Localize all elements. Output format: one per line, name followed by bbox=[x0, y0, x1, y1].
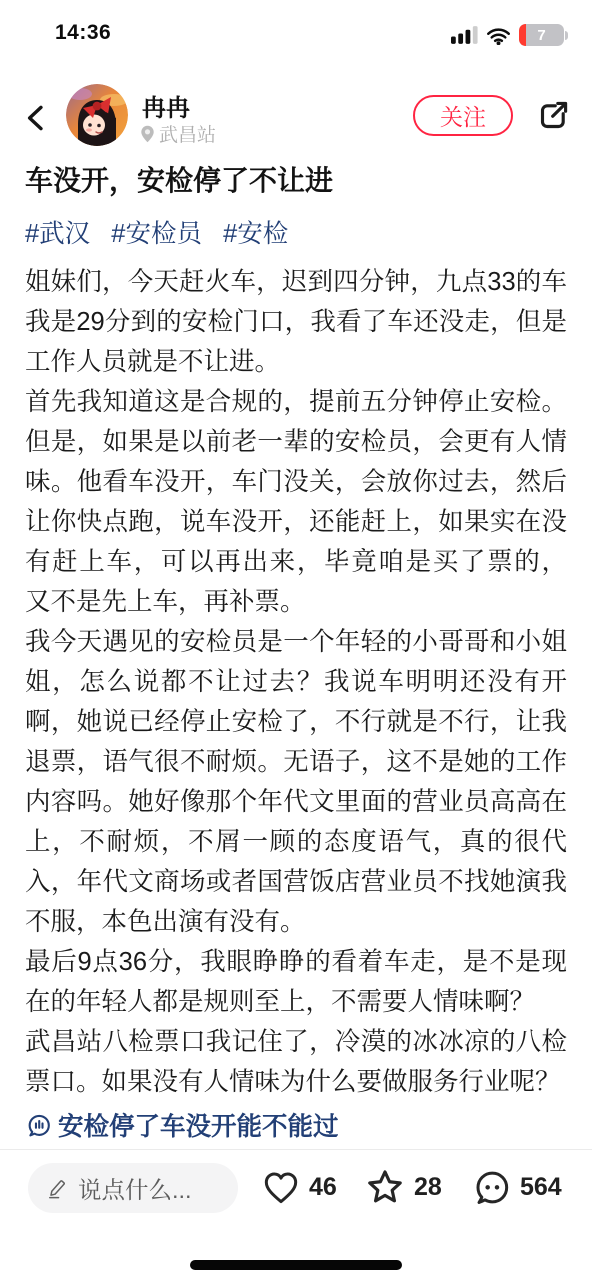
follow-button[interactable]: 关注 bbox=[413, 95, 513, 136]
topic-link-label: 安检停了车没开能不能过 bbox=[58, 1107, 339, 1143]
hashtag-wuhan[interactable]: #武汉 bbox=[25, 220, 90, 248]
paragraph: 最后9点36分，我眼睁睁的看着车走，是不是现在的年轻人都是规则至上，不需要人情味… bbox=[25, 942, 567, 1022]
location-label: 武昌站 bbox=[159, 120, 216, 147]
location-tag[interactable]: 武昌站 bbox=[140, 120, 216, 147]
hashtag-list: #武汉 #安检员 #安检 bbox=[25, 214, 567, 254]
battery-indicator: 7 bbox=[519, 24, 568, 46]
like-button[interactable]: 46 bbox=[261, 1165, 337, 1209]
star-icon bbox=[364, 1166, 406, 1208]
pencil-icon bbox=[45, 1176, 69, 1200]
topic-bubble-icon bbox=[25, 1111, 53, 1139]
topic-link[interactable]: 安检停了车没开能不能过 bbox=[25, 1105, 567, 1145]
screen: 14:36 7 bbox=[0, 0, 592, 1280]
status-bar: 14:36 7 bbox=[0, 0, 592, 58]
comment-button[interactable]: 564 bbox=[472, 1165, 562, 1209]
battery-body: 7 bbox=[519, 24, 564, 46]
chevron-left-icon bbox=[19, 101, 53, 135]
post-title: 车没开，安检停了不让进 bbox=[25, 160, 567, 202]
favorite-button[interactable]: 28 bbox=[364, 1165, 442, 1209]
status-icons: 7 bbox=[451, 24, 568, 46]
share-button[interactable] bbox=[534, 97, 572, 135]
hashtag-anjian[interactable]: #安检 bbox=[223, 220, 288, 248]
home-indicator[interactable] bbox=[190, 1260, 402, 1270]
paragraph: 姐妹们，今天赶火车，迟到四分钟，九点33的车我是29分到的安检门口，我看了车还没… bbox=[25, 262, 567, 382]
back-button[interactable] bbox=[16, 96, 56, 140]
heart-icon bbox=[261, 1167, 301, 1207]
user-name[interactable]: 冉冉 bbox=[142, 88, 190, 123]
avatar[interactable] bbox=[66, 84, 128, 146]
comment-input[interactable]: 说点什么... bbox=[28, 1163, 238, 1213]
share-icon bbox=[535, 98, 571, 134]
comment-placeholder: 说点什么... bbox=[78, 1171, 192, 1205]
like-count: 46 bbox=[309, 1173, 337, 1202]
battery-level: 7 bbox=[519, 24, 564, 46]
comment-bubble-icon bbox=[472, 1167, 512, 1207]
hashtag-anjianyuan[interactable]: #安检员 bbox=[111, 220, 202, 248]
avatar-image bbox=[66, 84, 128, 146]
bottom-bar: 说点什么... 46 28 564 bbox=[0, 1149, 592, 1280]
paragraph: 首先我知道这是合规的，提前五分钟停止安检。但是，如果是以前老一辈的安检员，会更有… bbox=[25, 382, 567, 622]
cellular-signal-icon bbox=[451, 26, 478, 44]
location-pin-icon bbox=[140, 125, 155, 143]
paragraph: 我今天遇见的安检员是一个年轻的小哥哥和小姐姐，怎么说都不让过去？我说车明明还没有… bbox=[25, 622, 567, 942]
paragraph: 武昌站八检票口我记住了，冷漠的冰冰凉的八检票口。如果没有人情味为什么要做服务行业… bbox=[25, 1022, 567, 1102]
wifi-icon bbox=[486, 26, 511, 45]
favorite-count: 28 bbox=[414, 1173, 442, 1202]
battery-cap bbox=[565, 31, 568, 40]
comment-count: 564 bbox=[520, 1173, 562, 1202]
post-body: 姐妹们，今天赶火车，迟到四分钟，九点33的车我是29分到的安检门口，我看了车还没… bbox=[25, 262, 567, 1145]
status-time: 14:36 bbox=[55, 21, 111, 45]
